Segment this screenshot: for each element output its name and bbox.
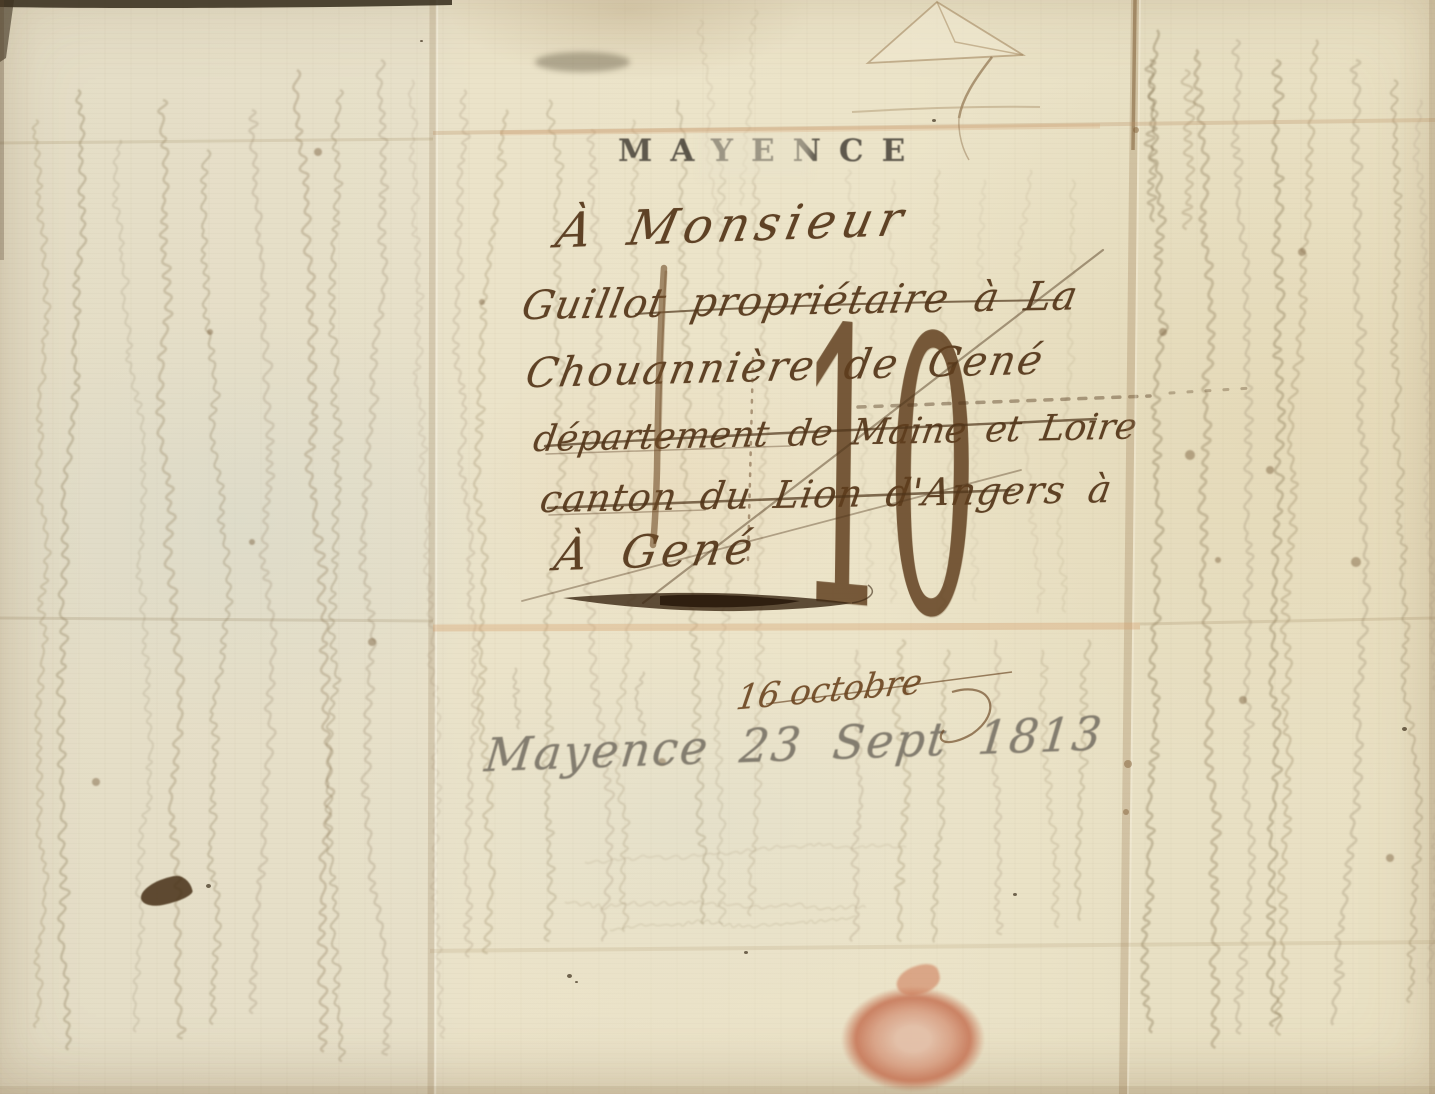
address-line-recipient: À Monsieur [551,191,914,260]
stamp-ink-smudge [535,52,630,72]
postmark-fade-patch [700,133,810,177]
ink-speck [206,884,211,888]
address-line-town: À Gené [551,521,761,581]
ink-speck [1402,727,1407,731]
postage-due-mark: 10 [795,278,978,674]
ink-speck [932,119,936,122]
ink-speck [575,981,578,983]
ink-speck [744,951,748,954]
ink-speck [567,974,572,978]
date-annotation-pencil: Mayence 23 Sept 1813 [482,706,1106,782]
ink-speck [1013,893,1017,896]
fold-line-left [431,0,437,1094]
ink-speck [420,40,423,42]
ink-blot [138,873,194,909]
letter-sheet: № 87 GENÊTS MAYENCE À Monsieur Guillot p… [0,0,1435,1094]
fold-line-right [1123,0,1140,1094]
wax-seal-residue [838,972,988,1094]
date-annotation-ink: 16 octobre [734,662,926,719]
